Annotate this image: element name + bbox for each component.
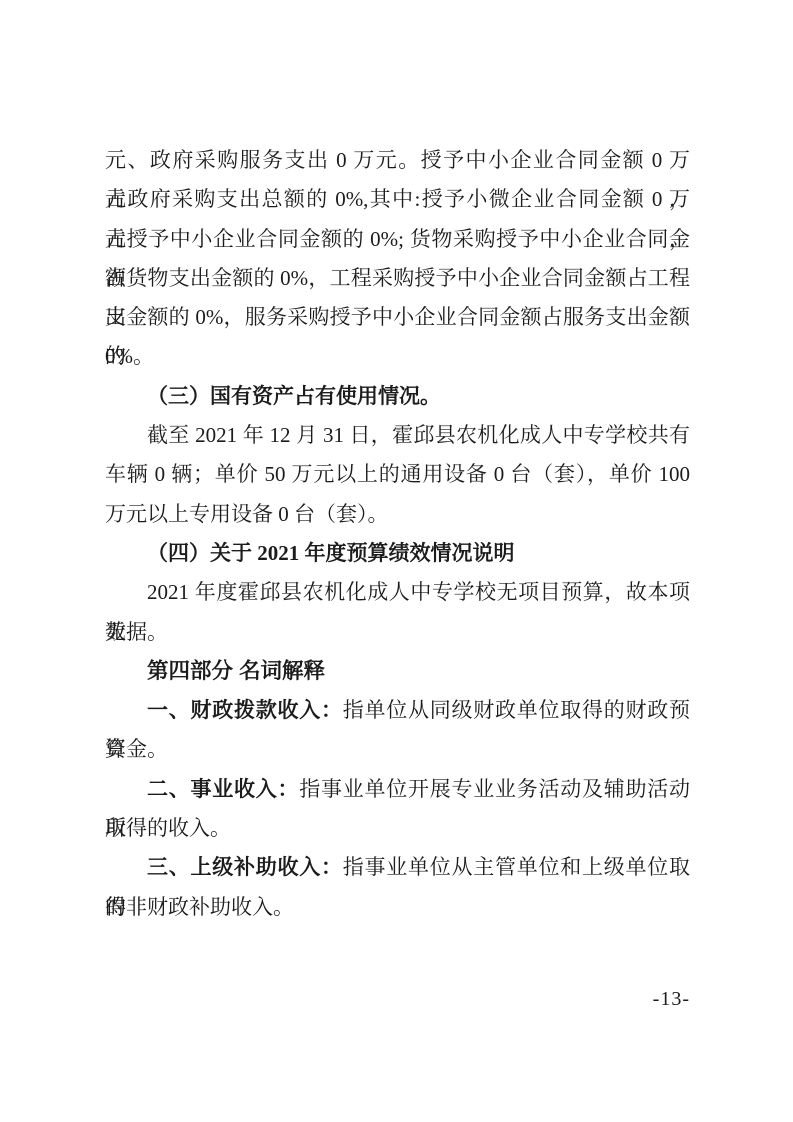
text-segment: 截至 2021 年 12 月 31 日，霍邱县农机化成人中专学校共有 [147, 423, 690, 447]
heading-part-4: 第四部分 名词解释 [105, 652, 690, 691]
body-text-line: 占政府采购支出总额的 0%,其中:授予小微企业合同金额 0 万元， [105, 180, 690, 219]
body-text-line: 车辆 0 辆；单价 50 万元以上的通用设备 0 台（套），单价 100 [105, 455, 690, 494]
heading-text: 第四部分 名词解释 [147, 659, 325, 683]
text-segment: 车辆 0 辆；单价 50 万元以上的通用设备 0 台（套），单价 100 [105, 462, 690, 486]
body-text-line: 三、上级补助收入：指事业单位从主管单位和上级单位取得 [105, 848, 690, 887]
body-text-line: 占授予中小企业合同金额的 0%; 货物采购授予中小企业合同金额 [105, 220, 690, 259]
body-text-line: 2021 年度霍邱县农机化成人中专学校无项目预算，故本项无 [105, 573, 690, 612]
body-text-line: 二、事业收入：指事业单位开展专业业务活动及辅助活动所 [105, 770, 690, 809]
body-text-line: 的非财政补助收入。 [105, 888, 690, 927]
document-body: 元、政府采购服务支出 0 万元。授予中小企业合同金额 0 万元， 占政府采购支出… [105, 141, 690, 927]
heading-section-3: （三）国有资产占有使用情况。 [105, 377, 690, 416]
heading-text: （四）关于 2021 年度预算绩效情况说明 [147, 541, 515, 565]
term-label: 三、上级补助收入： [147, 855, 343, 879]
body-text-line: 万元以上专用设备 0 台（套）。 [105, 495, 690, 534]
heading-text: （三）国有资产占有使用情况。 [147, 384, 441, 408]
text-segment: 万元以上专用设备 0 台（套）。 [105, 502, 389, 526]
heading-section-4: （四）关于 2021 年度预算绩效情况说明 [105, 534, 690, 573]
body-text-line: 截至 2021 年 12 月 31 日，霍邱县农机化成人中专学校共有 [105, 416, 690, 455]
body-text-line: 占货物支出金额的 0%，工程采购授予中小企业合同金额占工程支 [105, 259, 690, 298]
text-segment: 的非财政补助收入。 [105, 895, 294, 919]
term-label: 二、事业收入： [147, 777, 299, 801]
text-segment: 0%。 [105, 344, 154, 368]
body-text-line: 资金。 [105, 730, 690, 769]
text-segment: 数据。 [105, 620, 168, 644]
body-text-line: 数据。 [105, 613, 690, 652]
text-segment: 资金。 [105, 737, 168, 761]
body-text-line: 一、财政拨款收入：指单位从同级财政单位取得的财政预算 [105, 691, 690, 730]
text-segment: 取得的收入。 [105, 816, 231, 840]
body-text-line: 出金额的 0%，服务采购授予中小企业合同金额占服务支出金额的 [105, 298, 690, 337]
body-text-line: 取得的收入。 [105, 809, 690, 848]
body-text-line: 0%。 [105, 337, 690, 376]
page-number: -13- [105, 984, 690, 1014]
term-label: 一、财政拨款收入： [147, 698, 343, 722]
document-page: 元、政府采购服务支出 0 万元。授予中小企业合同金额 0 万元， 占政府采购支出… [0, 0, 793, 1122]
body-text-line: 元、政府采购服务支出 0 万元。授予中小企业合同金额 0 万元， [105, 141, 690, 180]
